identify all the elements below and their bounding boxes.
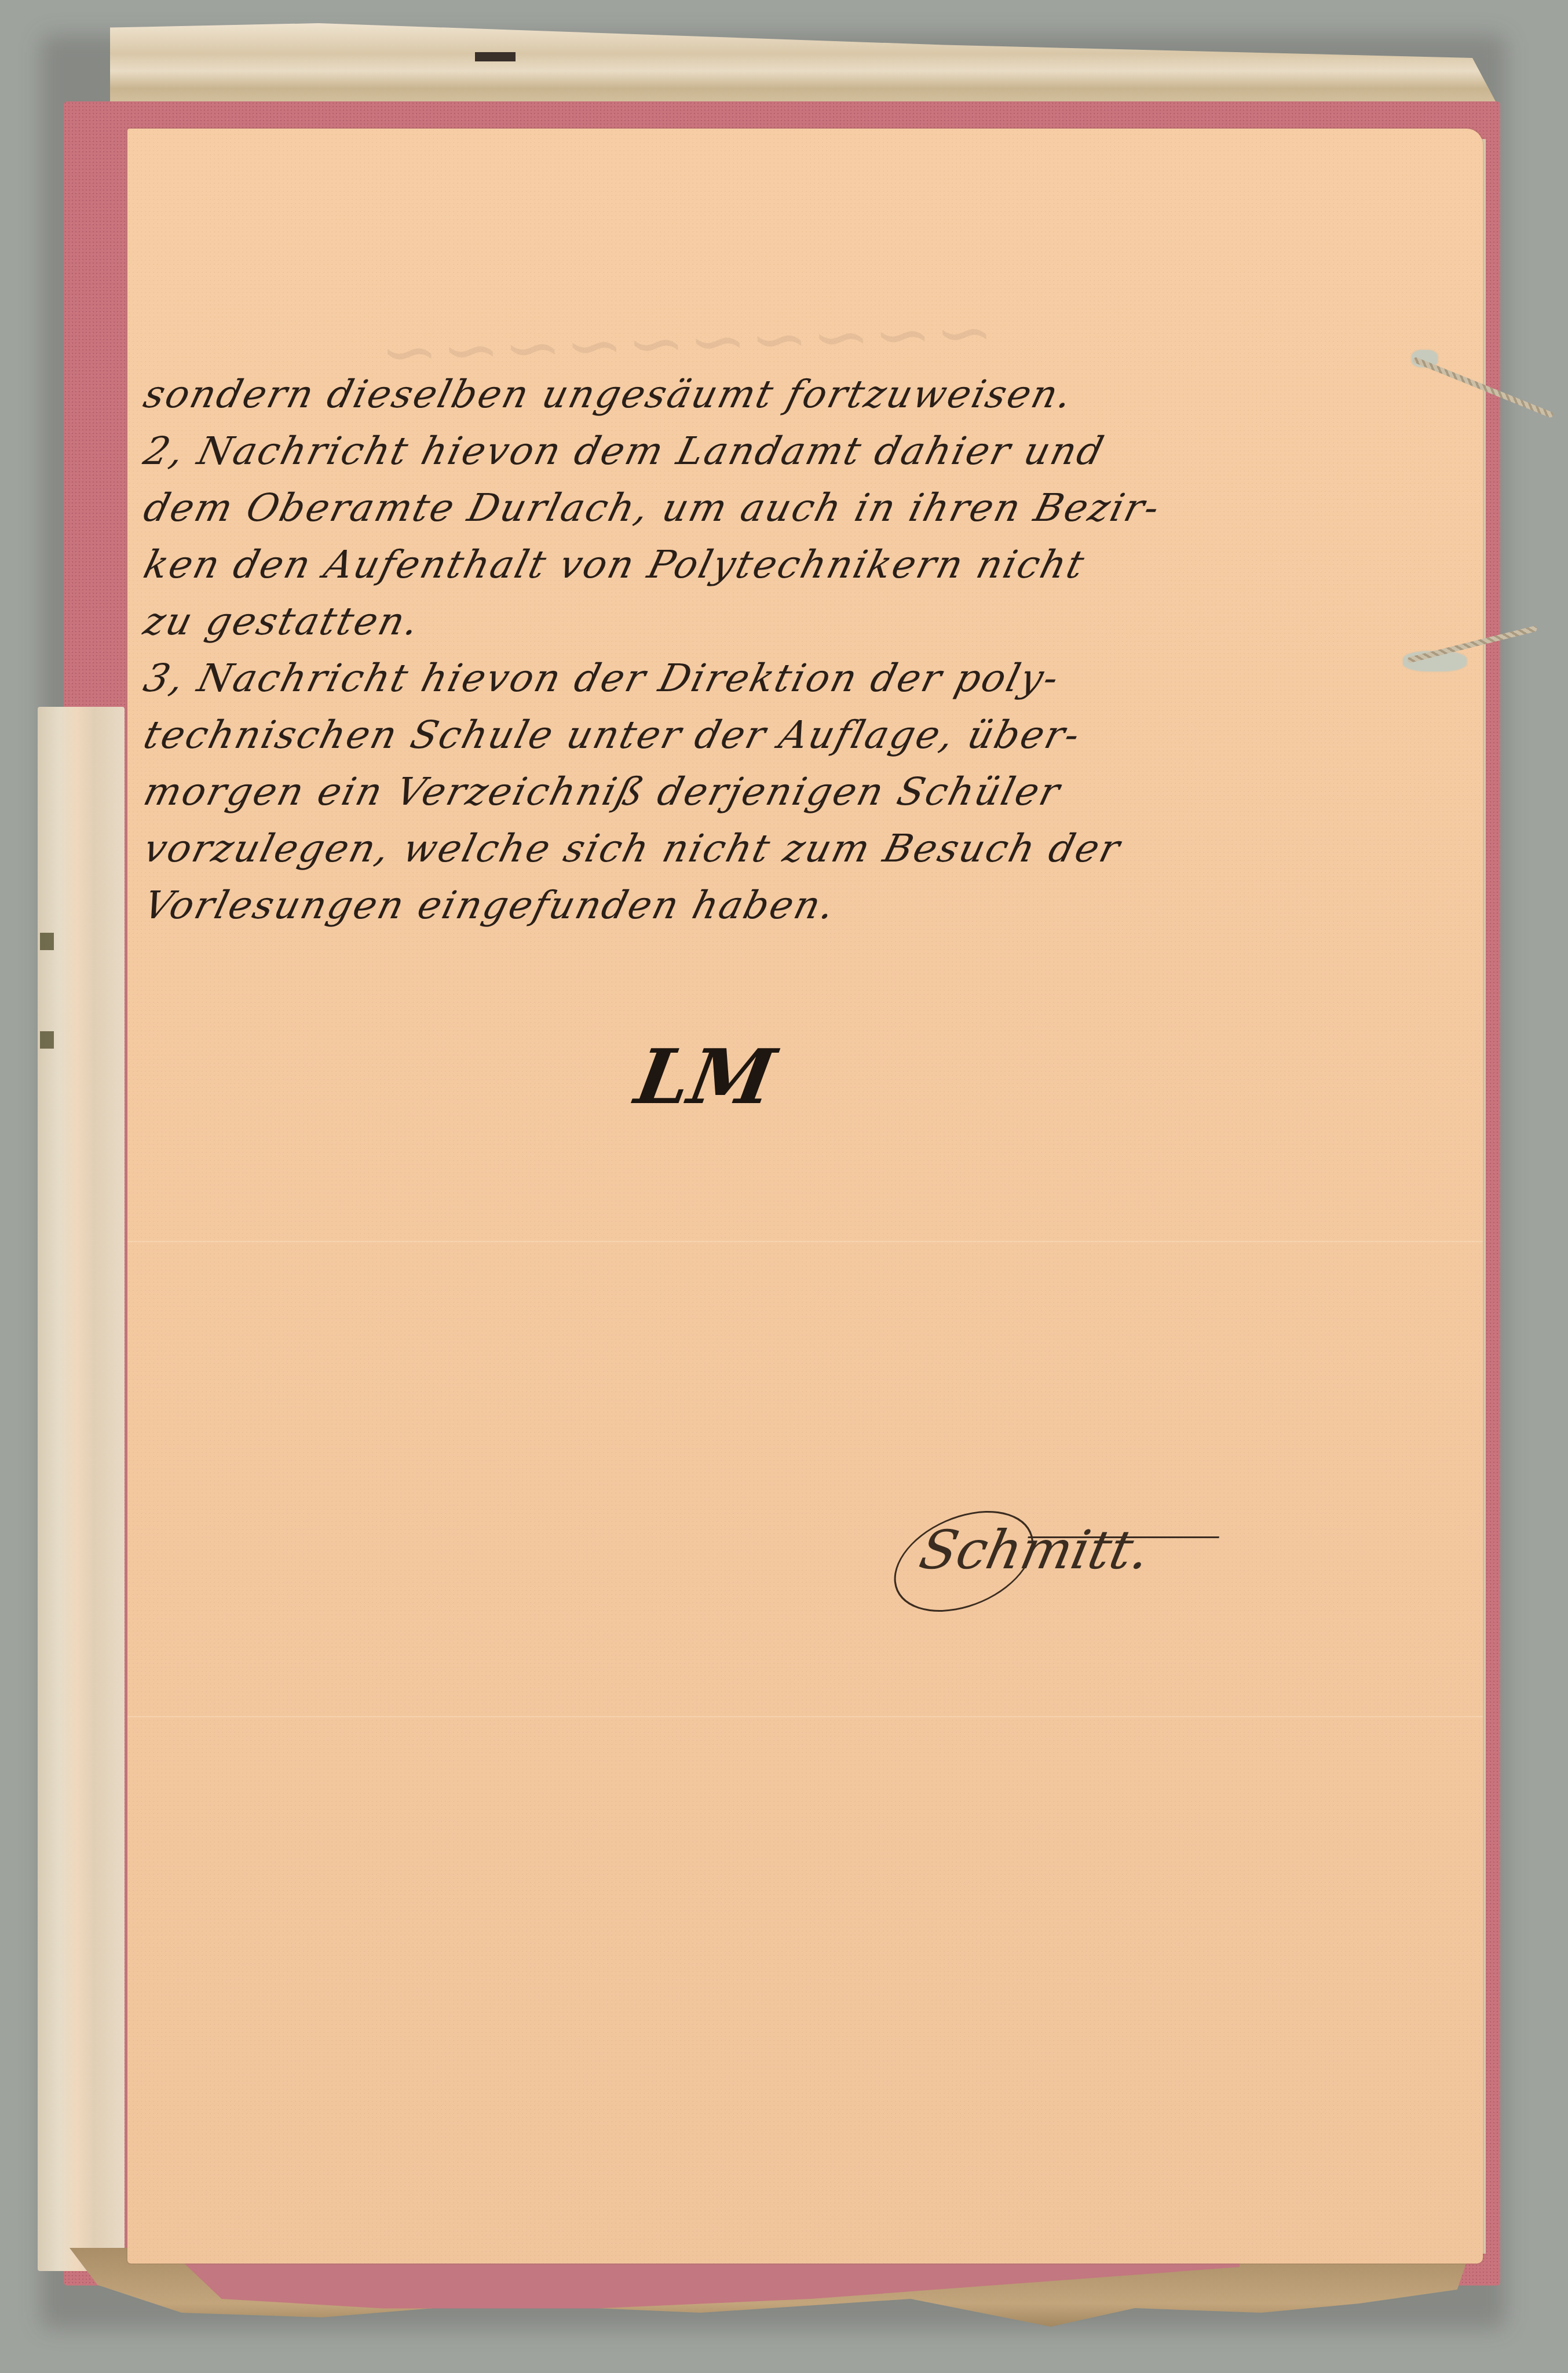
signature-loop <box>889 1495 1039 1629</box>
signature-flourish <box>1028 1536 1219 1538</box>
initials-mark: LM <box>630 1032 781 1121</box>
body-line: zu gestatten. <box>138 593 1322 650</box>
signature: Schmitt. <box>915 1519 1156 1581</box>
body-line: ken den Aufenthalt von Polytechnikern ni… <box>138 536 1322 593</box>
left-page-edges <box>38 707 125 2271</box>
edge-stain <box>40 1031 54 1049</box>
fold-line <box>127 1716 1483 1717</box>
letter-page: ~~~~~~~~~~ sondern dieselben ungesäumt f… <box>127 129 1483 2264</box>
body-line: 3, Nachricht hievon der Direktion der po… <box>138 650 1322 707</box>
body-line: technischen Schule unter der Auflage, üb… <box>138 707 1322 764</box>
body-line: morgen ein Verzeichniß derjenigen Schüle… <box>138 764 1322 820</box>
edge-stain <box>40 933 54 950</box>
dark-scrap <box>475 52 516 61</box>
fold-line <box>127 1241 1483 1242</box>
letter-body: sondern dieselben ungesäumt fortzuweisen… <box>145 366 1315 934</box>
body-line: vorzulegen, welche sich nicht zum Besuch… <box>138 820 1322 877</box>
body-line: dem Oberamte Durlach, um auch in ihren B… <box>138 480 1322 536</box>
body-line: sondern dieselben ungesäumt fortzuweisen… <box>138 366 1322 423</box>
body-line: Vorlesungen eingefunden haben. <box>138 877 1322 934</box>
body-line: 2, Nachricht hievon dem Landamt dahier u… <box>138 423 1322 480</box>
